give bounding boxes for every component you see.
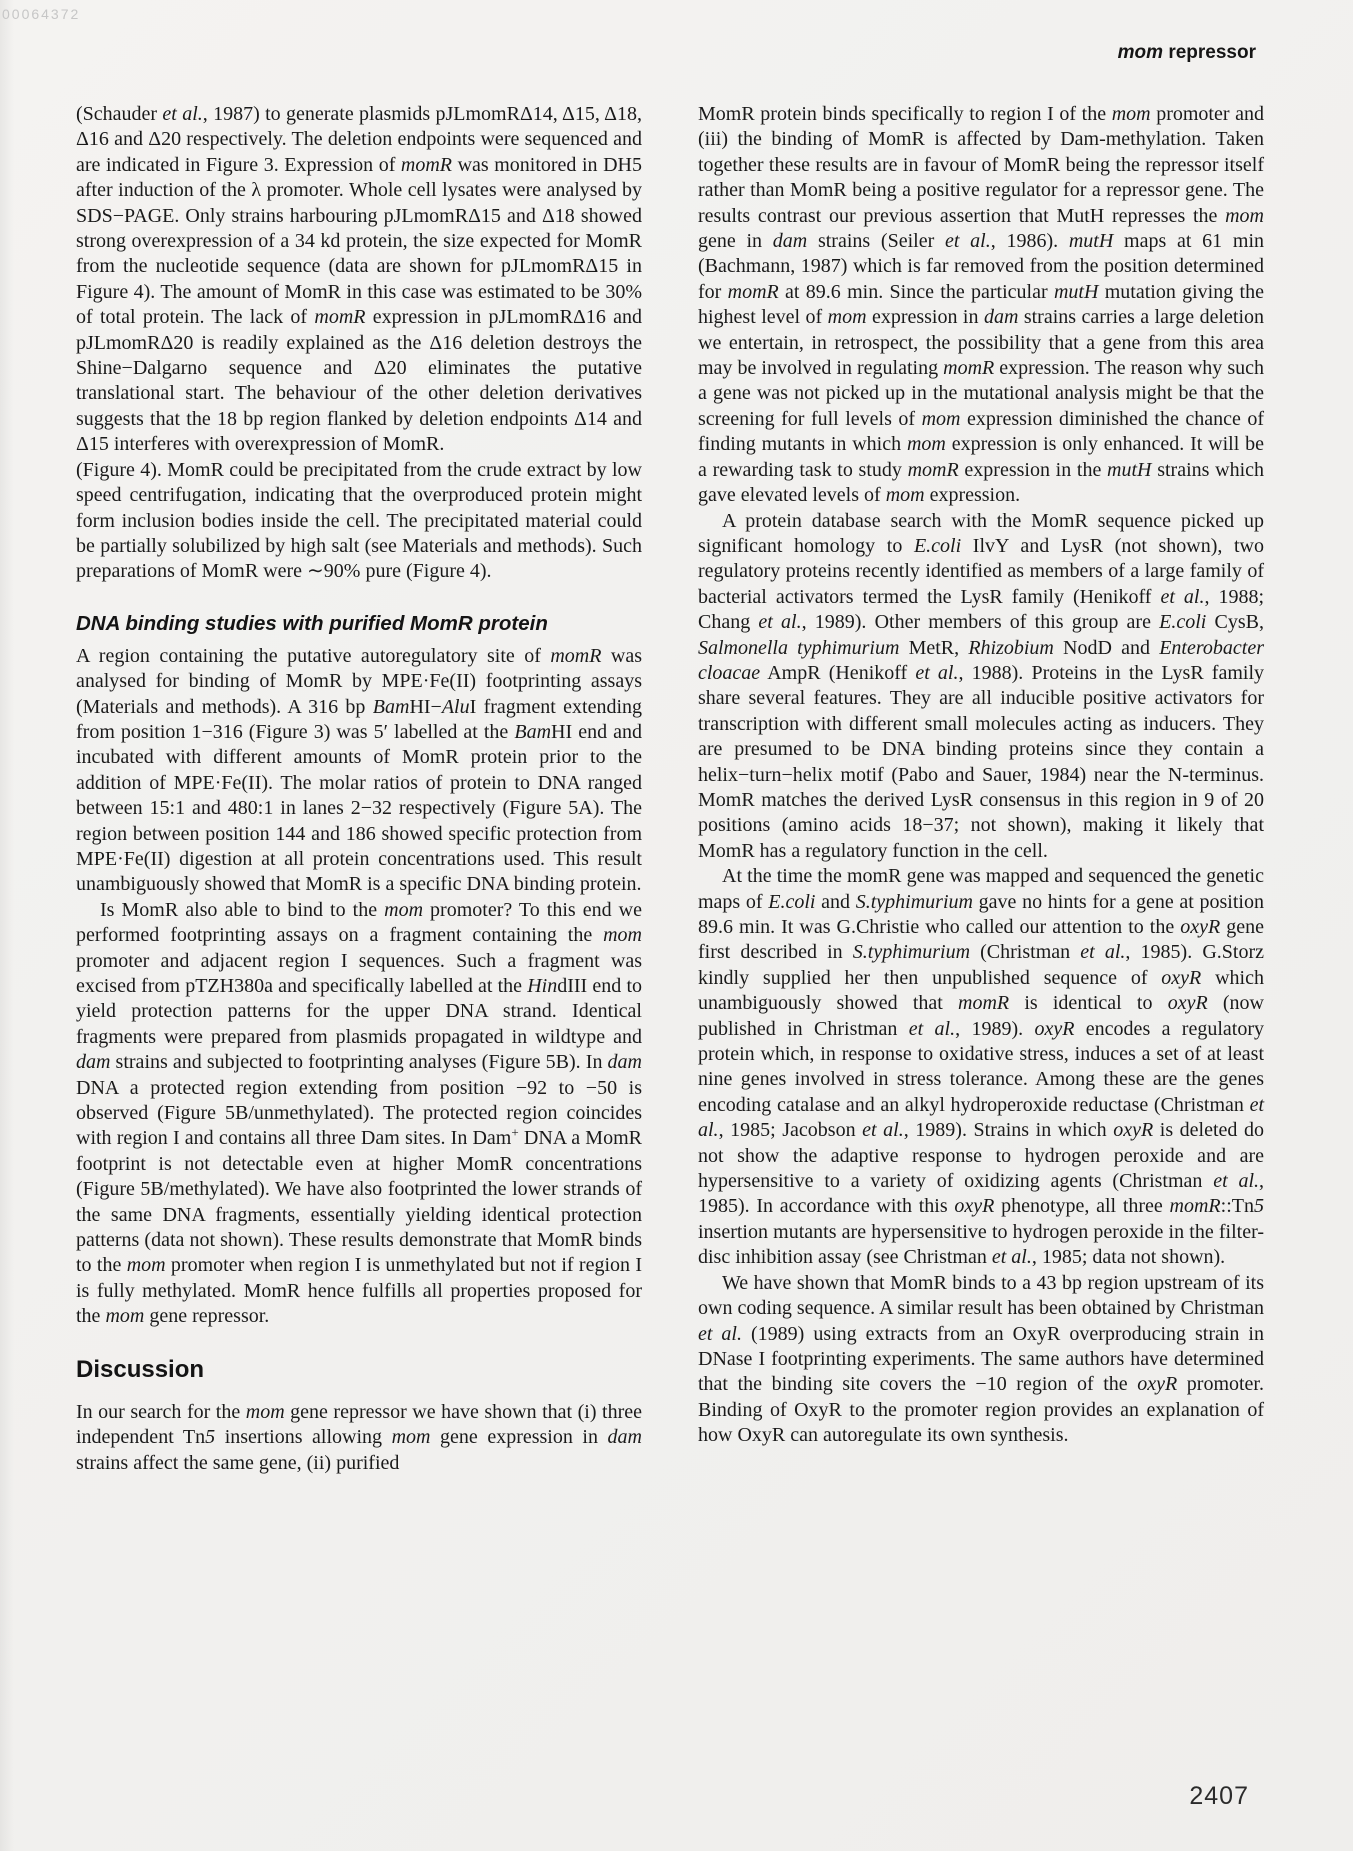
body-text: phenotype, all three <box>994 1195 1169 1217</box>
body-text: gene repressor. <box>144 1305 269 1327</box>
italic-text: S.typhimurium <box>853 941 970 963</box>
italic-text: momR <box>314 306 365 328</box>
scan-edge-shade <box>0 0 14 1851</box>
body-text: , 1988). Proteins in the LysR family sha… <box>698 662 1264 862</box>
italic-text: oxyR <box>1180 916 1220 938</box>
paragraph: MomR protein binds specifically to regio… <box>698 102 1264 509</box>
running-head-gene: mom <box>1118 42 1163 63</box>
body-text: was monitored in DH5 after induction of … <box>76 154 642 328</box>
italic-text: et al. <box>945 230 991 252</box>
italic-text: 5 <box>1254 1195 1264 1217</box>
body-text: (Figure 4). MomR could be precipitated f… <box>76 459 642 583</box>
italic-text: oxyR <box>1113 1119 1153 1141</box>
italic-text: mom <box>105 1305 144 1327</box>
italic-text: et al. <box>862 1119 904 1141</box>
body-text: is identical to <box>1009 992 1168 1014</box>
body-text: , 1989). Strains in which <box>904 1119 1114 1141</box>
italic-text: et al. <box>698 1323 742 1345</box>
italic-text: dam <box>76 1051 110 1073</box>
body-text: (Schauder <box>76 103 162 125</box>
italic-text: momR <box>958 992 1009 1014</box>
italic-text: mutH <box>1069 230 1113 252</box>
body-text: A region containing the putative autoreg… <box>76 645 550 667</box>
body-text: strains affect the same gene, (ii) purif… <box>76 1452 399 1474</box>
body-text: In our search for the <box>76 1401 246 1423</box>
body-text: AmpR (Henikoff <box>760 662 915 684</box>
body-text: HI− <box>409 696 441 718</box>
body-text: gene expression in <box>430 1426 607 1448</box>
italic-text: Hin <box>527 975 557 997</box>
italic-text: et al. <box>909 1018 955 1040</box>
italic-text: Salmonella typhimurium <box>698 637 899 659</box>
body-text: and <box>815 891 855 913</box>
italic-text: Bam <box>373 696 410 718</box>
body-text: expression. <box>925 484 1021 506</box>
italic-text: et al. <box>1080 941 1125 963</box>
italic-text: mom <box>907 433 946 455</box>
body-text: ::Tn <box>1221 1195 1254 1217</box>
italic-text: oxyR <box>954 1195 994 1217</box>
body-text: expression in <box>867 306 984 328</box>
body-text: strains and subjected to footprinting an… <box>110 1051 607 1073</box>
italic-text: mom <box>127 1254 166 1276</box>
italic-text: dam <box>608 1426 642 1448</box>
italic-text: mom <box>828 306 867 328</box>
body-text: Is MomR also able to bind to the <box>100 899 384 921</box>
body-text: (Christman <box>970 941 1080 963</box>
italic-text: oxyR <box>1161 967 1201 989</box>
italic-text: dam <box>773 230 807 252</box>
body-text: expression in pJLmomRΔ16 and pJLmomRΔ20 … <box>76 306 642 455</box>
italic-text: mom <box>922 408 961 430</box>
italic-text: dam <box>984 306 1018 328</box>
italic-text: et al. <box>915 662 958 684</box>
body-text: NodD and <box>1054 637 1159 659</box>
paragraph: In our search for the mom gene repressor… <box>76 1400 642 1476</box>
italic-text: mom <box>392 1426 431 1448</box>
italic-text: et al. <box>1213 1170 1259 1192</box>
body-text: HI end and incubated with different amou… <box>76 721 642 895</box>
italic-text: Bam <box>514 721 551 743</box>
body-text: gene in <box>698 230 773 252</box>
italic-text: E.coli <box>768 891 815 913</box>
paragraph: Is MomR also able to bind to the mom pro… <box>76 898 642 1330</box>
italic-text: et al. <box>992 1246 1032 1268</box>
body-text: insertions allowing <box>215 1426 391 1448</box>
italic-text: mutH <box>1107 459 1151 481</box>
italic-text: oxyR <box>1168 992 1208 1014</box>
body-text: CysB, <box>1206 611 1264 633</box>
italic-text: et al. <box>162 103 202 125</box>
italic-text: Rhizobium <box>968 637 1054 659</box>
italic-text: momR <box>908 459 959 481</box>
italic-text: momR <box>1170 1195 1221 1217</box>
body-text: We have shown that MomR binds to a 43 bp… <box>698 1272 1264 1319</box>
paragraph: A protein database search with the MomR … <box>698 509 1264 865</box>
italic-text: mom <box>886 484 925 506</box>
italic-text: mom <box>384 899 423 921</box>
paragraph: At the time the momR gene was mapped and… <box>698 864 1264 1271</box>
body-text: MomR protein binds specifically to regio… <box>698 103 1112 125</box>
journal-page: { "meta": { "scan_id": "00064372", "runn… <box>0 0 1353 1851</box>
italic-text: momR <box>943 357 994 379</box>
scan-id-number: 00064372 <box>2 6 80 22</box>
body-text: at 89.6 min. Since the particular <box>779 281 1054 303</box>
italic-text: momR <box>728 281 779 303</box>
italic-text: mom <box>1112 103 1151 125</box>
body-text: strains (Seiler <box>807 230 945 252</box>
body-text: , 1985; data not shown). <box>1032 1246 1225 1268</box>
body-text: MetR, <box>899 637 968 659</box>
italic-text: et al. <box>1160 586 1204 608</box>
body-text: expression in the <box>959 459 1107 481</box>
italic-text: et al. <box>758 611 801 633</box>
superscript-text: + <box>511 1125 518 1140</box>
italic-text: 5 <box>205 1426 215 1448</box>
page-number: 2407 <box>1189 1782 1249 1811</box>
italic-text: mutH <box>1054 281 1098 303</box>
discussion-heading: Discussion <box>76 1356 642 1384</box>
paragraph: We have shown that MomR binds to a 43 bp… <box>698 1271 1264 1449</box>
right-column: MomR protein binds specifically to regio… <box>698 102 1264 1449</box>
paragraph: A region containing the putative autoreg… <box>76 644 642 898</box>
subsection-heading: DNA binding studies with purified MomR p… <box>76 612 642 636</box>
body-text: , 1989). <box>955 1018 1034 1040</box>
running-head: mom repressor <box>1118 42 1256 64</box>
italic-text: S.typhimurium <box>856 891 973 913</box>
italic-text: mom <box>246 1401 285 1423</box>
paragraph: (Figure 4). MomR could be precipitated f… <box>76 458 642 585</box>
body-text: , 1986). <box>991 230 1069 252</box>
italic-text: E.coli <box>914 535 961 557</box>
body-text: , 1989). Other members of this group are <box>802 611 1160 633</box>
italic-text: mom <box>1225 205 1264 227</box>
italic-text: dam <box>608 1051 642 1073</box>
italic-text: E.coli <box>1159 611 1206 633</box>
running-head-rest: repressor <box>1163 42 1256 63</box>
italic-text: oxyR <box>1137 1373 1177 1395</box>
italic-text: mom <box>603 924 642 946</box>
italic-text: momR <box>550 645 601 667</box>
paragraph: (Schauder et al., 1987) to generate plas… <box>76 102 642 458</box>
italic-text: oxyR <box>1034 1018 1074 1040</box>
italic-text: momR <box>401 154 452 176</box>
left-column: (Schauder et al., 1987) to generate plas… <box>76 102 642 1476</box>
italic-text: Alu <box>442 696 470 718</box>
body-text: , 1985; Jacobson <box>719 1119 863 1141</box>
